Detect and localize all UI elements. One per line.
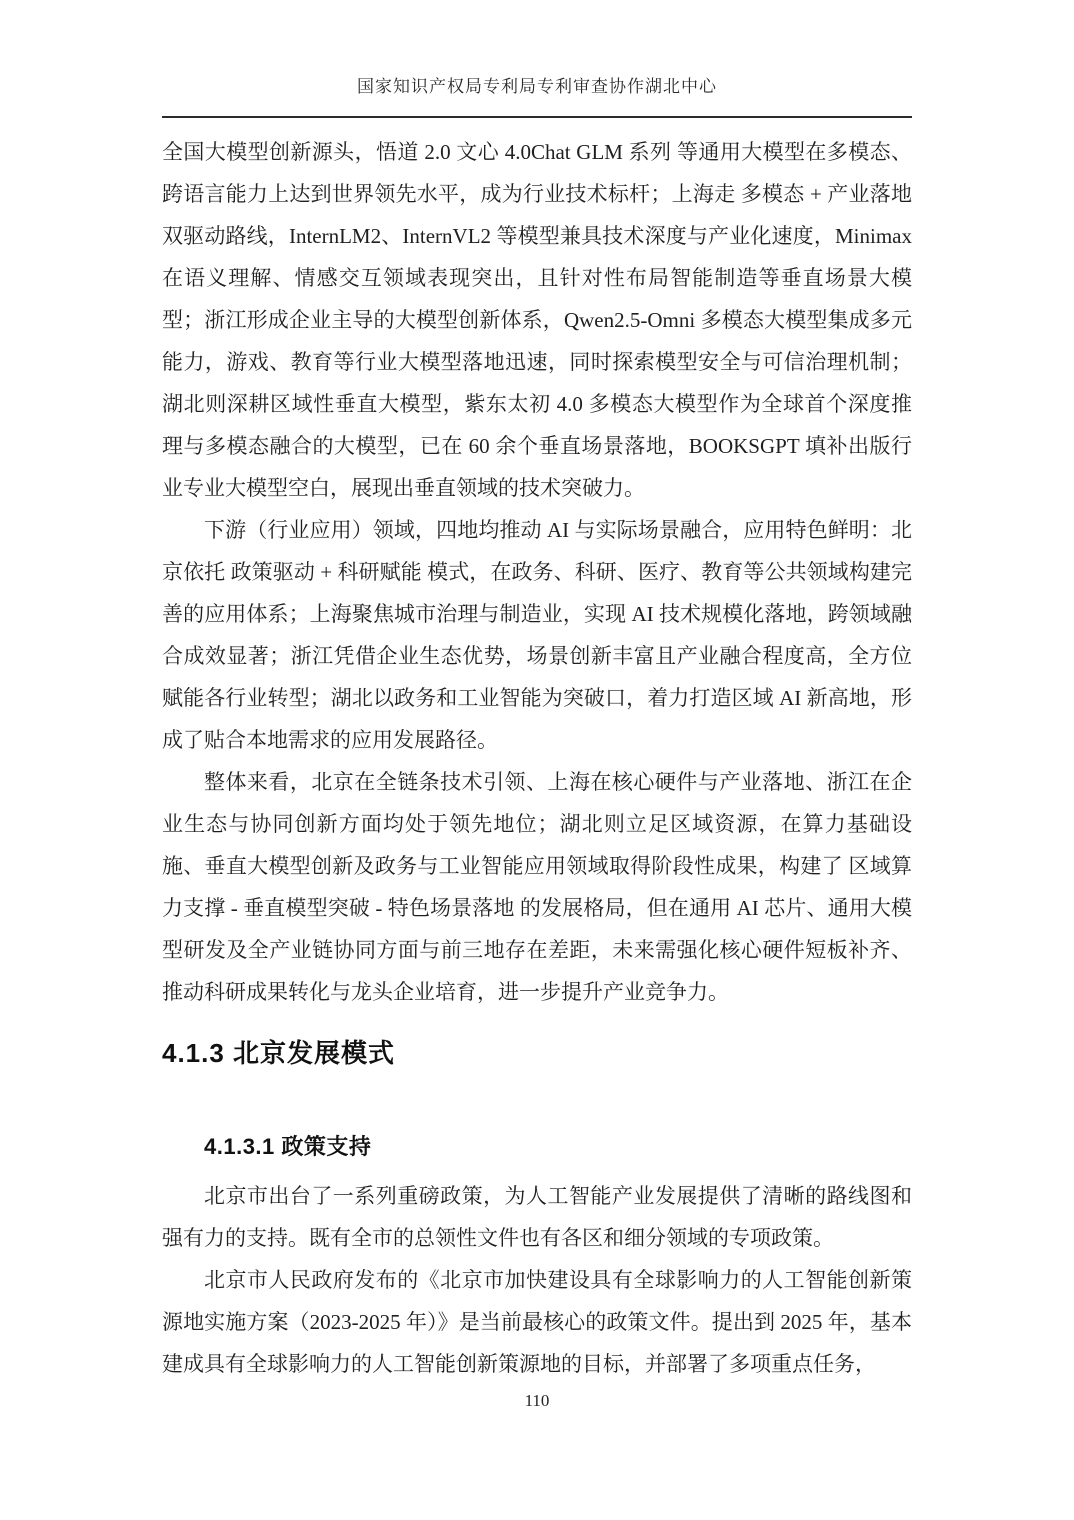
page-body: 全国大模型创新源头，悟道 2.0 文心 4.0Chat GLM 系列 等通用大模… — [162, 131, 912, 1385]
document-page: 国家知识产权局专利局专利审查协作湖北中心 全国大模型创新源头，悟道 2.0 文心… — [0, 0, 1074, 1520]
paragraph-downstream-applications: 下游（行业应用）领域，四地均推动 AI 与实际场景融合，应用特色鲜明：北京依托 … — [162, 509, 912, 761]
section-heading-4-1-3: 4.1.3 北京发展模式 — [162, 1037, 912, 1069]
subsection-heading-4-1-3-1: 4.1.3.1 政策支持 — [204, 1133, 912, 1161]
paragraph-overall-summary: 整体来看，北京在全链条技术引领、上海在核心硬件与产业落地、浙江在企业生态与协同创… — [162, 761, 912, 1013]
paragraph-policy-document: 北京市人民政府发布的《北京市加快建设具有全球影响力的人工智能创新策源地实施方案（… — [162, 1259, 912, 1385]
paragraph-policy-intro: 北京市出台了一系列重磅政策，为人工智能产业发展提供了清晰的路线图和强有力的支持。… — [162, 1175, 912, 1259]
running-header-title: 国家知识产权局专利局专利审查协作湖北中心 — [162, 76, 912, 98]
header-rule-divider — [162, 116, 912, 118]
paragraph-model-innovation: 全国大模型创新源头，悟道 2.0 文心 4.0Chat GLM 系列 等通用大模… — [162, 131, 912, 509]
page-number: 110 — [0, 1390, 1074, 1412]
